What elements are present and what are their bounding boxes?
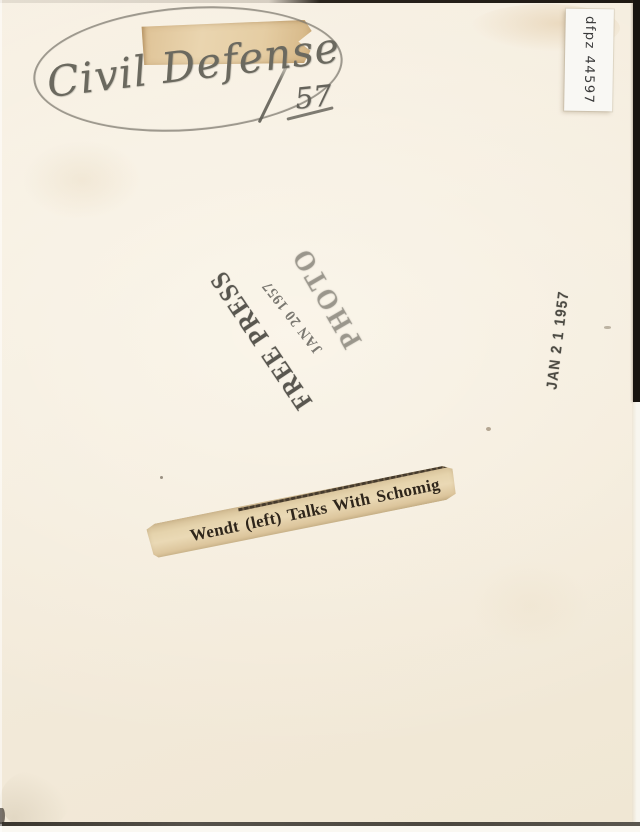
stain-left — [22, 140, 142, 220]
scan-edge-left — [0, 0, 2, 832]
paper-speck — [160, 476, 163, 479]
photo-back-scan: Civil Defense 57 FREE PRESS JAN 20 1957 … — [0, 0, 640, 832]
stain-mid-right — [470, 560, 590, 650]
scan-edge-right-light — [632, 402, 640, 832]
stain-bottom-left — [0, 770, 70, 830]
paper-speck — [604, 326, 611, 329]
scan-edge-right-dark — [633, 0, 640, 402]
catalog-label: dfpz 44597 — [564, 9, 614, 112]
scan-corner-mark — [0, 808, 5, 824]
scan-edge-bottom-light — [0, 826, 640, 832]
received-date-stamp: JAN 2 1 1957 — [543, 290, 572, 391]
paper-speck — [486, 427, 491, 431]
clipping-caption: Wendt (left) Talks With Schomig — [146, 462, 459, 560]
newspaper-clipping: Wendt (left) Talks With Schomig — [146, 463, 459, 560]
scan-edge-top — [0, 0, 640, 3]
catalog-label-text: dfpz 44597 — [581, 16, 598, 105]
